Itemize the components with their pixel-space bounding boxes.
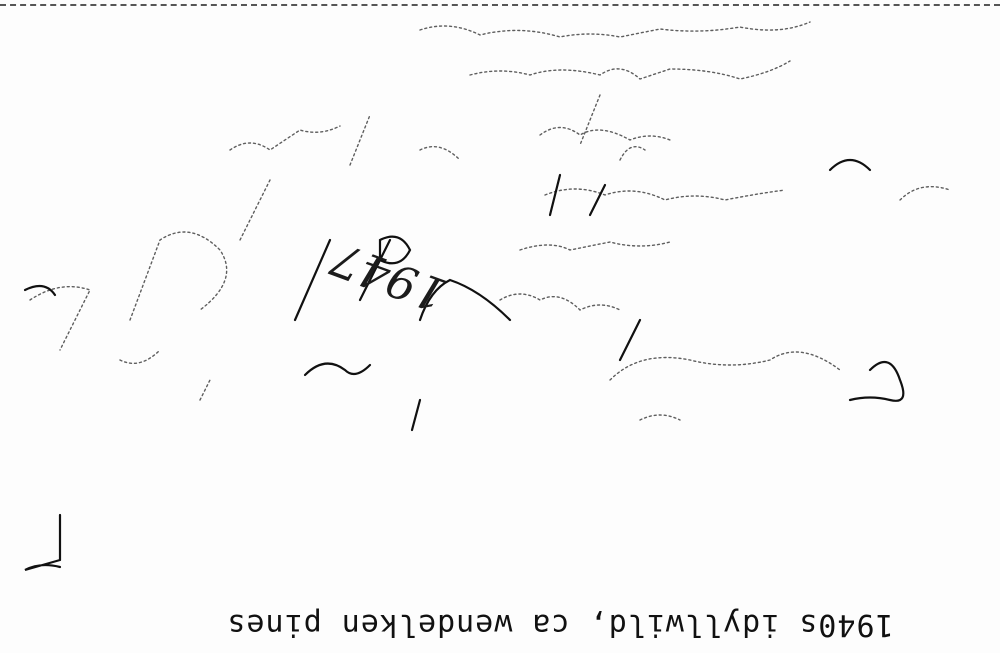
photo-caption: 1940s idyllwild, ca wendelken pines [150,606,970,642]
handwriting-strokes [0,0,1000,653]
scanned-letter: 1947 1940s idyllwild, ca wendelken pines [0,0,1000,653]
